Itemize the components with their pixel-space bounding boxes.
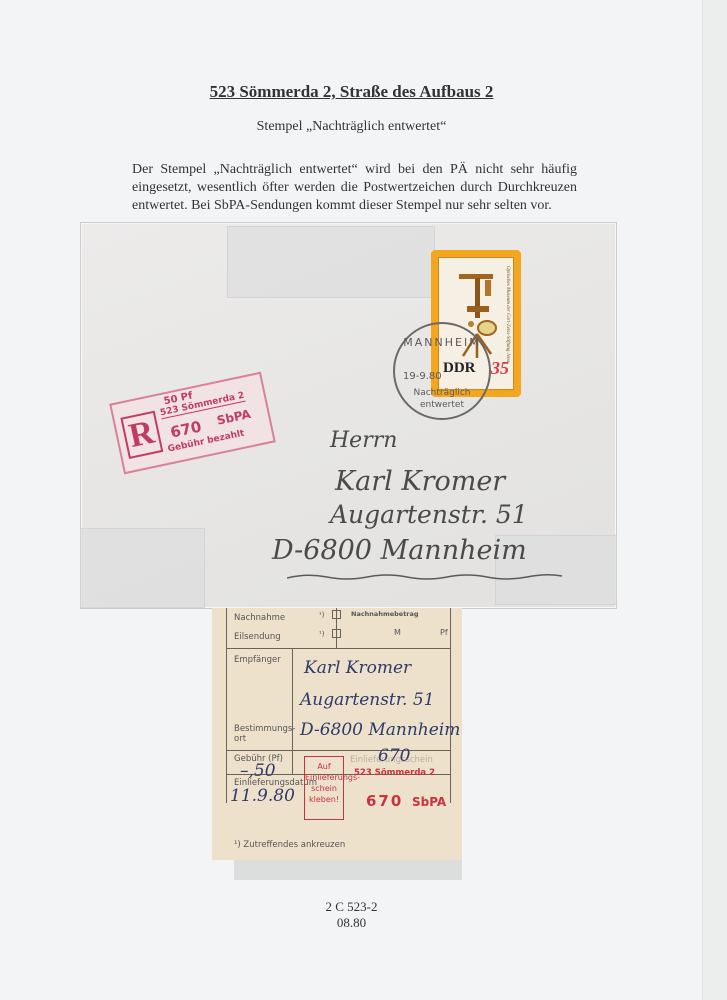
empfaenger-name: Karl Kromer (304, 658, 411, 678)
receipt-type: SbPA (412, 795, 446, 809)
nachnahme-checkbox[interactable] (332, 610, 341, 619)
wavy-underline (287, 573, 562, 581)
form-line (226, 750, 451, 751)
receipt-number: 670 (366, 792, 403, 810)
address-street: Augartenstr. 51 (330, 500, 528, 529)
mount-hinge (80, 528, 205, 608)
empfaenger-street: Augartenstr. 51 (300, 690, 434, 710)
description-text: Der Stempel „Nachträglich entwertet“ wir… (132, 161, 577, 215)
address-salutation: Herrn (330, 428, 397, 453)
currency-m: M (394, 628, 401, 637)
empfaenger-label: Empfänger (234, 655, 281, 665)
binder-edge (703, 0, 727, 1000)
postmark-date: 19-9.80 (403, 371, 442, 382)
footnote-mark: ¹) (319, 611, 325, 619)
currency-pf: Pf (440, 628, 448, 637)
bestimmungsort-value: D-6800 Mannheim (300, 720, 460, 740)
footnote-mark: ¹) (319, 630, 325, 638)
registration-type: SbPA (216, 407, 252, 428)
page-subtitle: Stempel „Nachträglich entwertet“ (0, 119, 703, 135)
postmark: MANNHEIM 19-9.80 Nachträglich entwertet (393, 322, 491, 420)
page-title: 523 Sömmerda 2, Straße des Aufbaus 2 (0, 82, 703, 102)
postmark-text: entwertet (395, 400, 489, 410)
footer-code: 2 C 523-2 (0, 899, 703, 915)
nachnahme-label: Nachnahme (234, 613, 285, 623)
stamp-caption: Optisches Museum der Carl-Zeiss-Stiftung… (505, 266, 510, 362)
nachnahmebetrag-label: Nachnahmebetrag (351, 610, 419, 618)
handwritten-number: 670 (378, 746, 410, 766)
stamp-value: 35 (491, 358, 509, 379)
mount-hinge (227, 226, 435, 298)
einlieferungsdatum-value: 11.9.80 (230, 786, 295, 806)
form-line (292, 648, 293, 774)
address-city: D-6800 Mannheim (272, 535, 527, 566)
eilsendung-label: Eilsendung (234, 632, 281, 642)
bestimmungsort-label: Bestimmungs-ort (234, 724, 290, 744)
receipt-slip: Nachnahme ¹) Eilsendung ¹) Nachnahmebetr… (212, 608, 462, 860)
footnote: ¹) Zutreffendes ankreuzen (234, 840, 345, 850)
postmark-city: MANNHEIM (395, 336, 489, 349)
receipt-office: 523 Sömmerda 2 (354, 768, 435, 778)
eilsendung-checkbox[interactable] (332, 629, 341, 638)
form-line (226, 648, 451, 649)
postmark-text: Nachträglich (395, 388, 489, 398)
address-name: Karl Kromer (335, 466, 505, 497)
footer-date: 08.80 (0, 915, 703, 931)
registration-letter: R (120, 411, 163, 459)
stamp-here-box: Auf Einlieferungs-schein kleben! (304, 756, 344, 820)
